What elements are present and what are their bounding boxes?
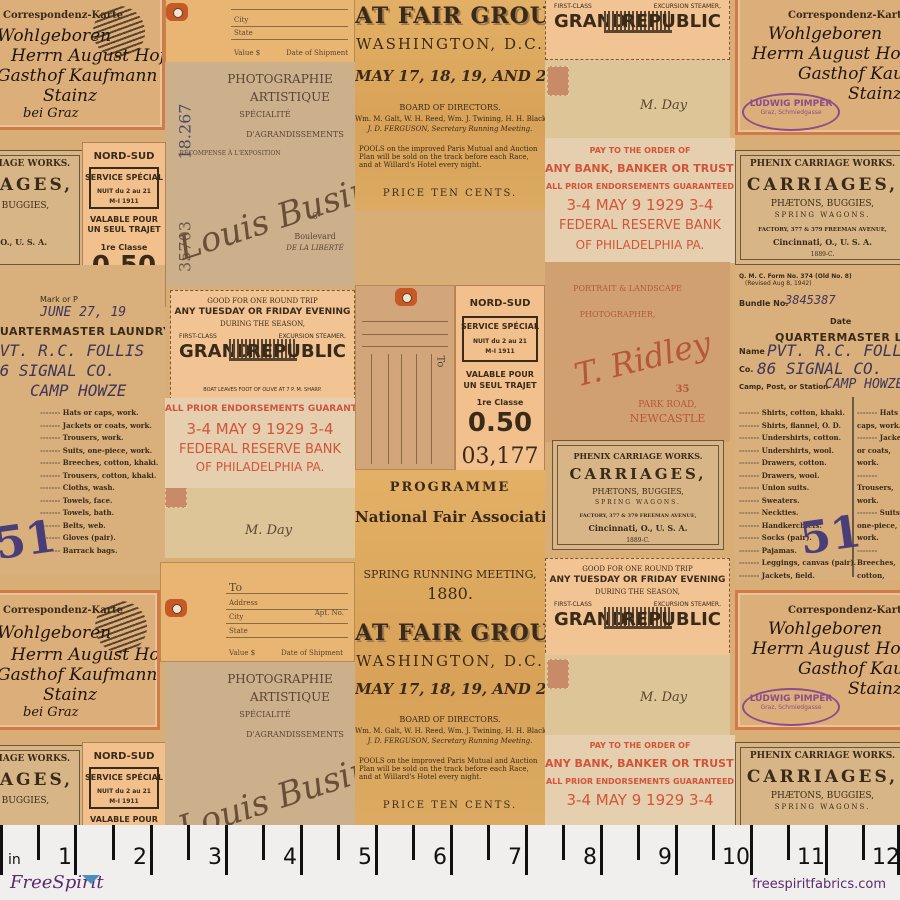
envelope-top: M. Day — [545, 60, 730, 138]
postcard-line: Stainz — [848, 679, 900, 699]
ruler-number: 8 — [583, 845, 597, 870]
programme-association: National Fair Association — [355, 508, 545, 526]
postcard-top-right: Correspondenz-Karte Wohlgeboren Herrn Au… — [735, 0, 900, 135]
ticket-class: 1re Classe — [456, 398, 544, 407]
ruler-number: 3 — [208, 845, 222, 870]
photo-card-name: Louis Busin — [173, 755, 355, 825]
laundry-big-number: 51 — [0, 511, 59, 570]
laundry-date-value: JUNE 27, 19 — [40, 305, 165, 320]
ticket-night: NUIT du 2 au 21 — [83, 188, 165, 195]
shipping-tag-bottom: To Address City Apt. No. State Value $ D… — [160, 562, 355, 662]
tag-to-label: To — [434, 356, 445, 368]
postcard-line: Herrn August Hofer — [11, 46, 162, 66]
postcard-line: bei Graz — [23, 705, 157, 720]
postcard-line: bei Graz — [23, 106, 162, 121]
carriage-company: PHENIX CARRIAGE WORKS. — [0, 754, 84, 764]
carriage-code: 1889-C. — [553, 537, 723, 544]
ludwig-pimper-stamp: LUDWIG PIMPER Graz, Schmiedgasse — [742, 93, 840, 131]
postcard-line: Stainz — [43, 685, 157, 705]
ruler-unit: in — [8, 852, 21, 868]
ticket-date: M-I 1911 — [83, 198, 165, 205]
laundry-camp-value: CAMP HOWZE — [825, 377, 900, 392]
ridley-line1: PORTRAIT & LANDSCAPE — [545, 284, 730, 293]
carriage-sub: PHÆTONS, BUGGIES, — [736, 791, 900, 801]
carriage-company: PHENIX CARRIAGE WORKS. — [736, 159, 900, 169]
boat-ticket-republic: REPUBLIC — [622, 609, 721, 630]
postcard-line: Herrn August Hofer — [752, 44, 900, 64]
ticket-night: NUIT du 2 au 21 — [456, 338, 544, 345]
stamp-line: Graz, Schmiedgasse — [744, 704, 838, 711]
programme-venue: AT FAIR GROUNDS. — [355, 620, 545, 646]
boat-ticket-small: EXCURSION STEAMER, — [654, 3, 721, 10]
ruler-number: 10 — [722, 845, 750, 870]
carriage-card-middle: PHENIX CARRIAGE WORKS. CARRIAGES, PHÆTON… — [552, 440, 724, 550]
photo-card-specialty: SPÉCIALITÉ — [175, 710, 355, 719]
programme-city: WASHINGTON, D.C. — [355, 652, 545, 670]
carriage-sub: PHÆTONS, BUGGIES, — [0, 796, 84, 806]
carriage-product: CARRIAGES, — [0, 175, 84, 195]
laundry-big-number: 51 — [797, 506, 865, 565]
carriage-company: PHENIX CARRIAGE WORKS. — [0, 159, 84, 169]
laundry-form-right: Q. M. C. Form No. 374 (Old No. 8) (Revis… — [735, 265, 900, 580]
stamp-line: Graz, Schmiedgasse — [744, 109, 838, 116]
website-url: freespiritfabrics.com — [752, 877, 886, 892]
ticket-night: NUIT du 2 au 21 — [83, 788, 165, 795]
check-line1: PAY TO THE ORDER OF — [545, 146, 735, 155]
envelope-signature: M. Day — [640, 690, 687, 705]
postcard-line: Wohlgeboren — [768, 619, 900, 639]
photo-card-busin: PHOTOGRAPHIE ARTISTIQUE SPÉCIALITÉ D'AGR… — [165, 62, 355, 287]
programme-heading: PROGRAMME — [355, 480, 545, 495]
boat-ticket-line1: GOOD FOR ONE ROUND TRIP — [546, 565, 729, 573]
tag-label: Value $ — [234, 49, 260, 57]
carriage-card-left: PHENIX CARRIAGE WORKS. CARRIAGES, PHÆTON… — [0, 150, 85, 270]
postcard-header: Correspondenz-Karte — [788, 10, 900, 21]
postcard-line: Gasthof Kaufmann — [798, 659, 900, 679]
tag-label: State — [229, 627, 248, 635]
postcard-line: Herrn August Hofer — [752, 639, 900, 659]
envelope-left: M. Day — [165, 488, 355, 558]
tag-label: Apt. No. — [315, 609, 344, 617]
boat-ticket-republic: REPUBLIC — [247, 341, 346, 362]
programme-venue: AT FAIR GROUNDS. — [355, 3, 545, 29]
ticket-valid: VALABLE POUR — [83, 815, 165, 824]
tag-label: Date of Shipment — [281, 649, 343, 657]
photo-card-specialty: SPÉCIALITÉ — [175, 110, 355, 119]
postcard-top-left: Correspondenz-Karte Wohlgeboren Herrn Au… — [0, 0, 165, 130]
programme-year: 1880. — [355, 584, 545, 603]
boat-ticket-footer: BOAT LEAVES FOOT OF OLIVE AT 7 P. M. SHA… — [171, 387, 354, 393]
carriage-sub2: SPRING WAGONS. — [736, 211, 900, 219]
postcard-line: Gasthof Kaufmann — [0, 66, 162, 86]
ticket-valid: VALABLE POUR — [456, 370, 544, 379]
postcard-line: Stainz — [43, 86, 162, 106]
check-endorsement-top: PAY TO THE ORDER OF ANY BANK, BANKER OR … — [545, 138, 735, 263]
carriage-product: CARRIAGES, — [736, 767, 900, 787]
envelope-bottom: M. Day — [545, 655, 730, 735]
ticket-company: NORD-SUD — [83, 751, 165, 762]
check-line4: 3-4 MAY 9 1929 3-4 — [545, 196, 735, 214]
laundry-camp-value: CAMP HOWZE — [30, 381, 165, 400]
envelope-signature: M. Day — [640, 98, 687, 113]
stamp-title: LUDWIG PIMPER — [744, 694, 838, 704]
carriage-city: Cincinnati, O., U. S. A. — [0, 237, 84, 247]
programme-dates: MAY 17, 18, 19, AND 20. — [355, 680, 545, 698]
ruler-number: 5 — [358, 845, 372, 870]
programme-secretary: J. D. FERGUSON, Secretary Running Meetin… — [355, 125, 545, 133]
check-line5: FEDERAL RESERVE BANK — [165, 442, 355, 457]
ridley-street: PARK ROAD, — [605, 400, 730, 410]
boat-ticket-line2: ANY TUESDAY OR FRIDAY EVENING — [171, 307, 354, 317]
postcard-header: Correspondenz-Karte — [788, 605, 900, 616]
check-line5: FEDERAL RESERVE BANK — [545, 218, 735, 233]
laundry-name-value: PVT. R.C. FOLLIS — [0, 341, 165, 360]
carriage-sub: PHÆTONS, BUGGIES, — [736, 199, 900, 209]
ridley-line2: PHOTOGRAPHER, — [545, 310, 730, 319]
programme-directors: Wm. M. Galt, W. H. Reed, Wm. J. Twining,… — [355, 727, 545, 735]
ruler: in 1 2 3 4 5 6 7 8 9 10 11 12 FreeSpirit… — [0, 825, 900, 900]
ruler-number: 12 — [872, 845, 900, 870]
photo-card-title: ARTISTIQUE — [225, 690, 355, 704]
ruler-number: 9 — [658, 845, 672, 870]
photo-card-title: PHOTOGRAPHIE — [205, 72, 355, 86]
photo-card-address: DE LA LIBERTÉ — [275, 244, 355, 252]
ticket-service: SERVICE SPÉCIAL — [83, 173, 165, 182]
photo-card-name: Louis Busin — [173, 175, 355, 269]
boat-ticket-line3: DURING THE SEASON, — [546, 588, 729, 596]
postcard-line: Wohlgeboren — [0, 623, 157, 643]
boat-ticket-line1: GOOD FOR ONE ROUND TRIP — [171, 297, 354, 305]
carriage-company: PHENIX CARRIAGE WORKS. — [736, 751, 900, 761]
programme-board: BOARD OF DIRECTORS. — [355, 103, 545, 112]
boat-ticket-line3: DURING THE SEASON, — [171, 320, 354, 328]
ridley-photo-card: PORTRAIT & LANDSCAPE PHOTOGRAPHER, T. Ri… — [545, 262, 730, 442]
ticket-service: SERVICE SPÉCIAL — [83, 773, 165, 782]
laundry-bundle-value: 3845387 — [785, 293, 900, 307]
photo-card-enlargements: D'AGRANDISSEMENTS — [235, 130, 355, 139]
tag-label: Address — [229, 599, 258, 607]
check-line6: OF PHILADELPHIA PA. — [165, 460, 355, 474]
check-endorsement-bottom: PAY TO THE ORDER OF ANY BANK, BANKER OR … — [545, 735, 735, 825]
check-line4: 3-4 MAY 9 1929 3-4 — [165, 420, 355, 438]
programme-note: POOLS on the improved Paris Mutual and A… — [355, 145, 545, 169]
postcard-line: Herrn August Hofer — [11, 645, 157, 665]
photo-card-address: Boulevard — [275, 232, 355, 241]
laundry-form-left: Mark or P JUNE 27, 19 QUARTERMASTER LAUN… — [0, 265, 165, 575]
ticket-trip: UN SEUL TRAJET — [456, 381, 544, 390]
ticket-valid: VALABLE POUR — [83, 215, 165, 224]
tag-label: Date of Shipment — [286, 49, 348, 57]
carriage-product: CARRIAGES, — [0, 770, 84, 790]
programme-directors: Wm. M. Galt, W. H. Reed, Wm. J. Twining,… — [355, 115, 545, 123]
carriage-city: Cincinnati, O., U. S. A. — [736, 237, 900, 247]
carriage-city: Cincinnati, O., U. S. A. — [553, 523, 723, 533]
postcard-line: Gasthof Kaufmann — [0, 665, 157, 685]
ticket-service: SERVICE SPÉCIAL — [456, 322, 544, 331]
photo-card-enlargements: D'AGRANDISSEMENTS — [235, 730, 355, 739]
boat-ticket-small: EXCURSION STEAMER, — [654, 601, 721, 608]
check-line2: ANY BANK, BANKER OR TRUST CO. — [545, 162, 735, 175]
carriage-card-right: PHENIX CARRIAGE WORKS. CARRIAGES, PHÆTON… — [735, 150, 900, 265]
boat-ticket-line2: ANY TUESDAY OR FRIDAY EVENING — [546, 575, 729, 585]
programme-bottom: PROGRAMME National Fair Association SPRI… — [355, 470, 545, 825]
carriage-card-bottom-left: PHENIX CARRIAGE WORKS. CARRIAGES, PHÆTON… — [0, 745, 85, 825]
boat-ticket-republic: REPUBLIC — [622, 11, 721, 32]
photo-card-busin-bottom: PHOTOGRAPHIE ARTISTIQUE SPÉCIALITÉ D'AGR… — [165, 662, 355, 825]
programme-board: BOARD OF DIRECTORS. — [355, 715, 545, 724]
ruler-number: 11 — [797, 845, 825, 870]
boat-ticket-middle: GOOD FOR ONE ROUND TRIP ANY TUESDAY OR F… — [170, 290, 355, 400]
tag-label: State — [234, 29, 253, 37]
postage-stamp-icon — [547, 659, 569, 689]
tag-label: City — [234, 16, 248, 24]
programme-price: PRICE TEN CENTS. — [355, 800, 545, 811]
carriage-company: PHENIX CARRIAGE WORKS. — [553, 451, 723, 461]
carriage-code: 1889-C. — [736, 251, 900, 258]
laundry-revised: (Revised Aug 8, 1942) — [745, 280, 900, 287]
shipping-tag-top: City State Value $ Date of Shipment — [165, 0, 355, 65]
laundry-form-no: Q. M. C. Form No. 374 (Old No. 8) — [739, 273, 900, 280]
postcard-line: Wohlgeboren — [0, 26, 162, 46]
programme-secretary: J. D. FERGUSON, Secretary Running Meetin… — [355, 737, 545, 745]
boat-ticket-small: EXCURSION STEAMER, — [279, 333, 346, 340]
tag-label: City — [229, 613, 243, 621]
freespirit-logo-mark-icon — [82, 875, 100, 884]
ticket-date: M-I 1911 — [83, 798, 165, 805]
postcard-line: Wohlgeboren — [768, 24, 900, 44]
photo-card-title: PHOTOGRAPHIE — [205, 672, 355, 686]
tag-eyelet-icon — [165, 599, 187, 617]
check-line4: 3-4 MAY 9 1929 3-4 — [545, 791, 735, 809]
programme-top: AT FAIR GROUNDS. WASHINGTON, D.C. MAY 17… — [355, 0, 545, 210]
tag-eyelet-icon — [395, 288, 417, 306]
ticket-trip: UN SEUL TRAJET — [83, 225, 165, 234]
programme-meeting: SPRING RUNNING MEETING, — [355, 568, 545, 581]
carriage-address: FACTORY, 377 & 379 FREEMAN AVENUE, — [736, 227, 900, 233]
carriage-address: FACTORY, 377 & 379 FREEMAN AVENUE, — [553, 513, 723, 519]
postcard-line: Gasthof Kaufmann — [798, 64, 900, 84]
carriage-sub2: SPRING WAGONS. — [736, 803, 900, 811]
stamp-title: LUDWIG PIMPER — [744, 99, 838, 109]
check-endorsement-left: ALL PRIOR ENDORSEMENTS GUARANTEED 3-4 MA… — [165, 398, 355, 488]
programme-dates: MAY 17, 18, 19, AND 20. — [355, 67, 545, 85]
ruler-number: 2 — [133, 845, 147, 870]
check-line3: ALL PRIOR ENDORSEMENTS GUARANTEED — [545, 182, 735, 191]
check-line3: ALL PRIOR ENDORSEMENTS GUARANTEED — [165, 404, 355, 414]
laundry-date-label: Date — [830, 317, 900, 326]
check-line6: OF PHILADELPHIA PA. — [545, 238, 735, 252]
ridley-number: 35 — [635, 384, 730, 395]
check-line2: ANY BANK, BANKER OR TRUST CO. — [545, 757, 735, 770]
programme-price: PRICE TEN CENTS. — [355, 188, 545, 199]
ticket-price: 0.50 — [456, 408, 544, 438]
carriage-product: CARRIAGES, — [736, 175, 900, 195]
ticket-serial: 03,177 — [456, 444, 544, 469]
photo-card-title: ARTISTIQUE — [225, 90, 355, 104]
postage-stamp-icon — [547, 66, 569, 96]
carriage-sub: PHÆTONS, BUGGIES, — [553, 487, 723, 496]
check-line1: PAY TO THE ORDER OF — [545, 741, 735, 750]
carriage-card-bottom-right: PHENIX CARRIAGE WORKS. CARRIAGES, PHÆTON… — [735, 742, 900, 825]
envelope-signature: M. Day — [245, 523, 292, 538]
laundry-co-value: 86 SIGNAL CO. — [0, 361, 165, 380]
postcard-line: Stainz — [848, 84, 900, 104]
photo-card-address: ·6· — [275, 212, 355, 222]
carriage-product: CARRIAGES, — [553, 465, 723, 483]
check-line3: ALL PRIOR ENDORSEMENTS GUARANTEED — [545, 777, 735, 786]
programme-city: WASHINGTON, D.C. — [355, 35, 545, 53]
nord-sud-ticket-bottom: NORD-SUD SERVICE SPÉCIAL NUIT du 2 au 21… — [82, 742, 166, 825]
nord-sud-ticket-center: NORD-SUD SERVICE SPÉCIAL NUIT du 2 au 21… — [455, 285, 545, 475]
ruler-number: 1 — [58, 845, 72, 870]
postage-stamp-icon — [165, 488, 187, 508]
fabric-swatch: Correspondenz-Karte Wohlgeboren Herrn Au… — [0, 0, 900, 825]
ludwig-pimper-stamp: LUDWIG PIMPER Graz, Schmiedgasse — [742, 688, 840, 726]
carriage-sub: PHÆTONS, BUGGIES, — [0, 201, 84, 211]
laundry-co-value: 86 SIGNAL CO. — [757, 359, 900, 378]
tag-eyelet-icon — [166, 3, 188, 21]
ticket-company: NORD-SUD — [456, 298, 544, 309]
ruler-number: 6 — [433, 845, 447, 870]
programme-note: POOLS on the improved Paris Mutual and A… — [355, 757, 545, 781]
shipping-tag-center: To — [355, 285, 455, 470]
postcard-bottom-left: Correspondenz-Karte Wohlgeboren Herrn Au… — [0, 590, 160, 730]
ticket-company: NORD-SUD — [83, 151, 165, 162]
boat-ticket-bottom: GOOD FOR ONE ROUND TRIP ANY TUESDAY OR F… — [545, 558, 730, 658]
laundry-mark-label: Mark or P — [40, 295, 165, 304]
laundry-title: QUARTERMASTER LAUNDRY — [0, 325, 165, 338]
laundry-items-right: Hats or caps, work.Jackets or coats, wor… — [40, 407, 158, 557]
boat-ticket-top: FIRST-CLASS GRAND EXCURSION STEAMER, REP… — [545, 0, 730, 60]
laundry-name-value: PVT. R.C. FOLLIS — [767, 341, 900, 360]
tag-label: Value $ — [229, 649, 255, 657]
ruler-number: 7 — [508, 845, 522, 870]
ridley-city: NEWCASTLE — [605, 412, 730, 425]
postcard-bottom-right: Correspondenz-Karte Wohlgeboren Herrn Au… — [735, 590, 900, 730]
ruler-number: 4 — [283, 845, 297, 870]
carriage-sub2: SPRING WAGONS. — [553, 499, 723, 506]
ticket-date: M-I 1911 — [456, 348, 544, 355]
